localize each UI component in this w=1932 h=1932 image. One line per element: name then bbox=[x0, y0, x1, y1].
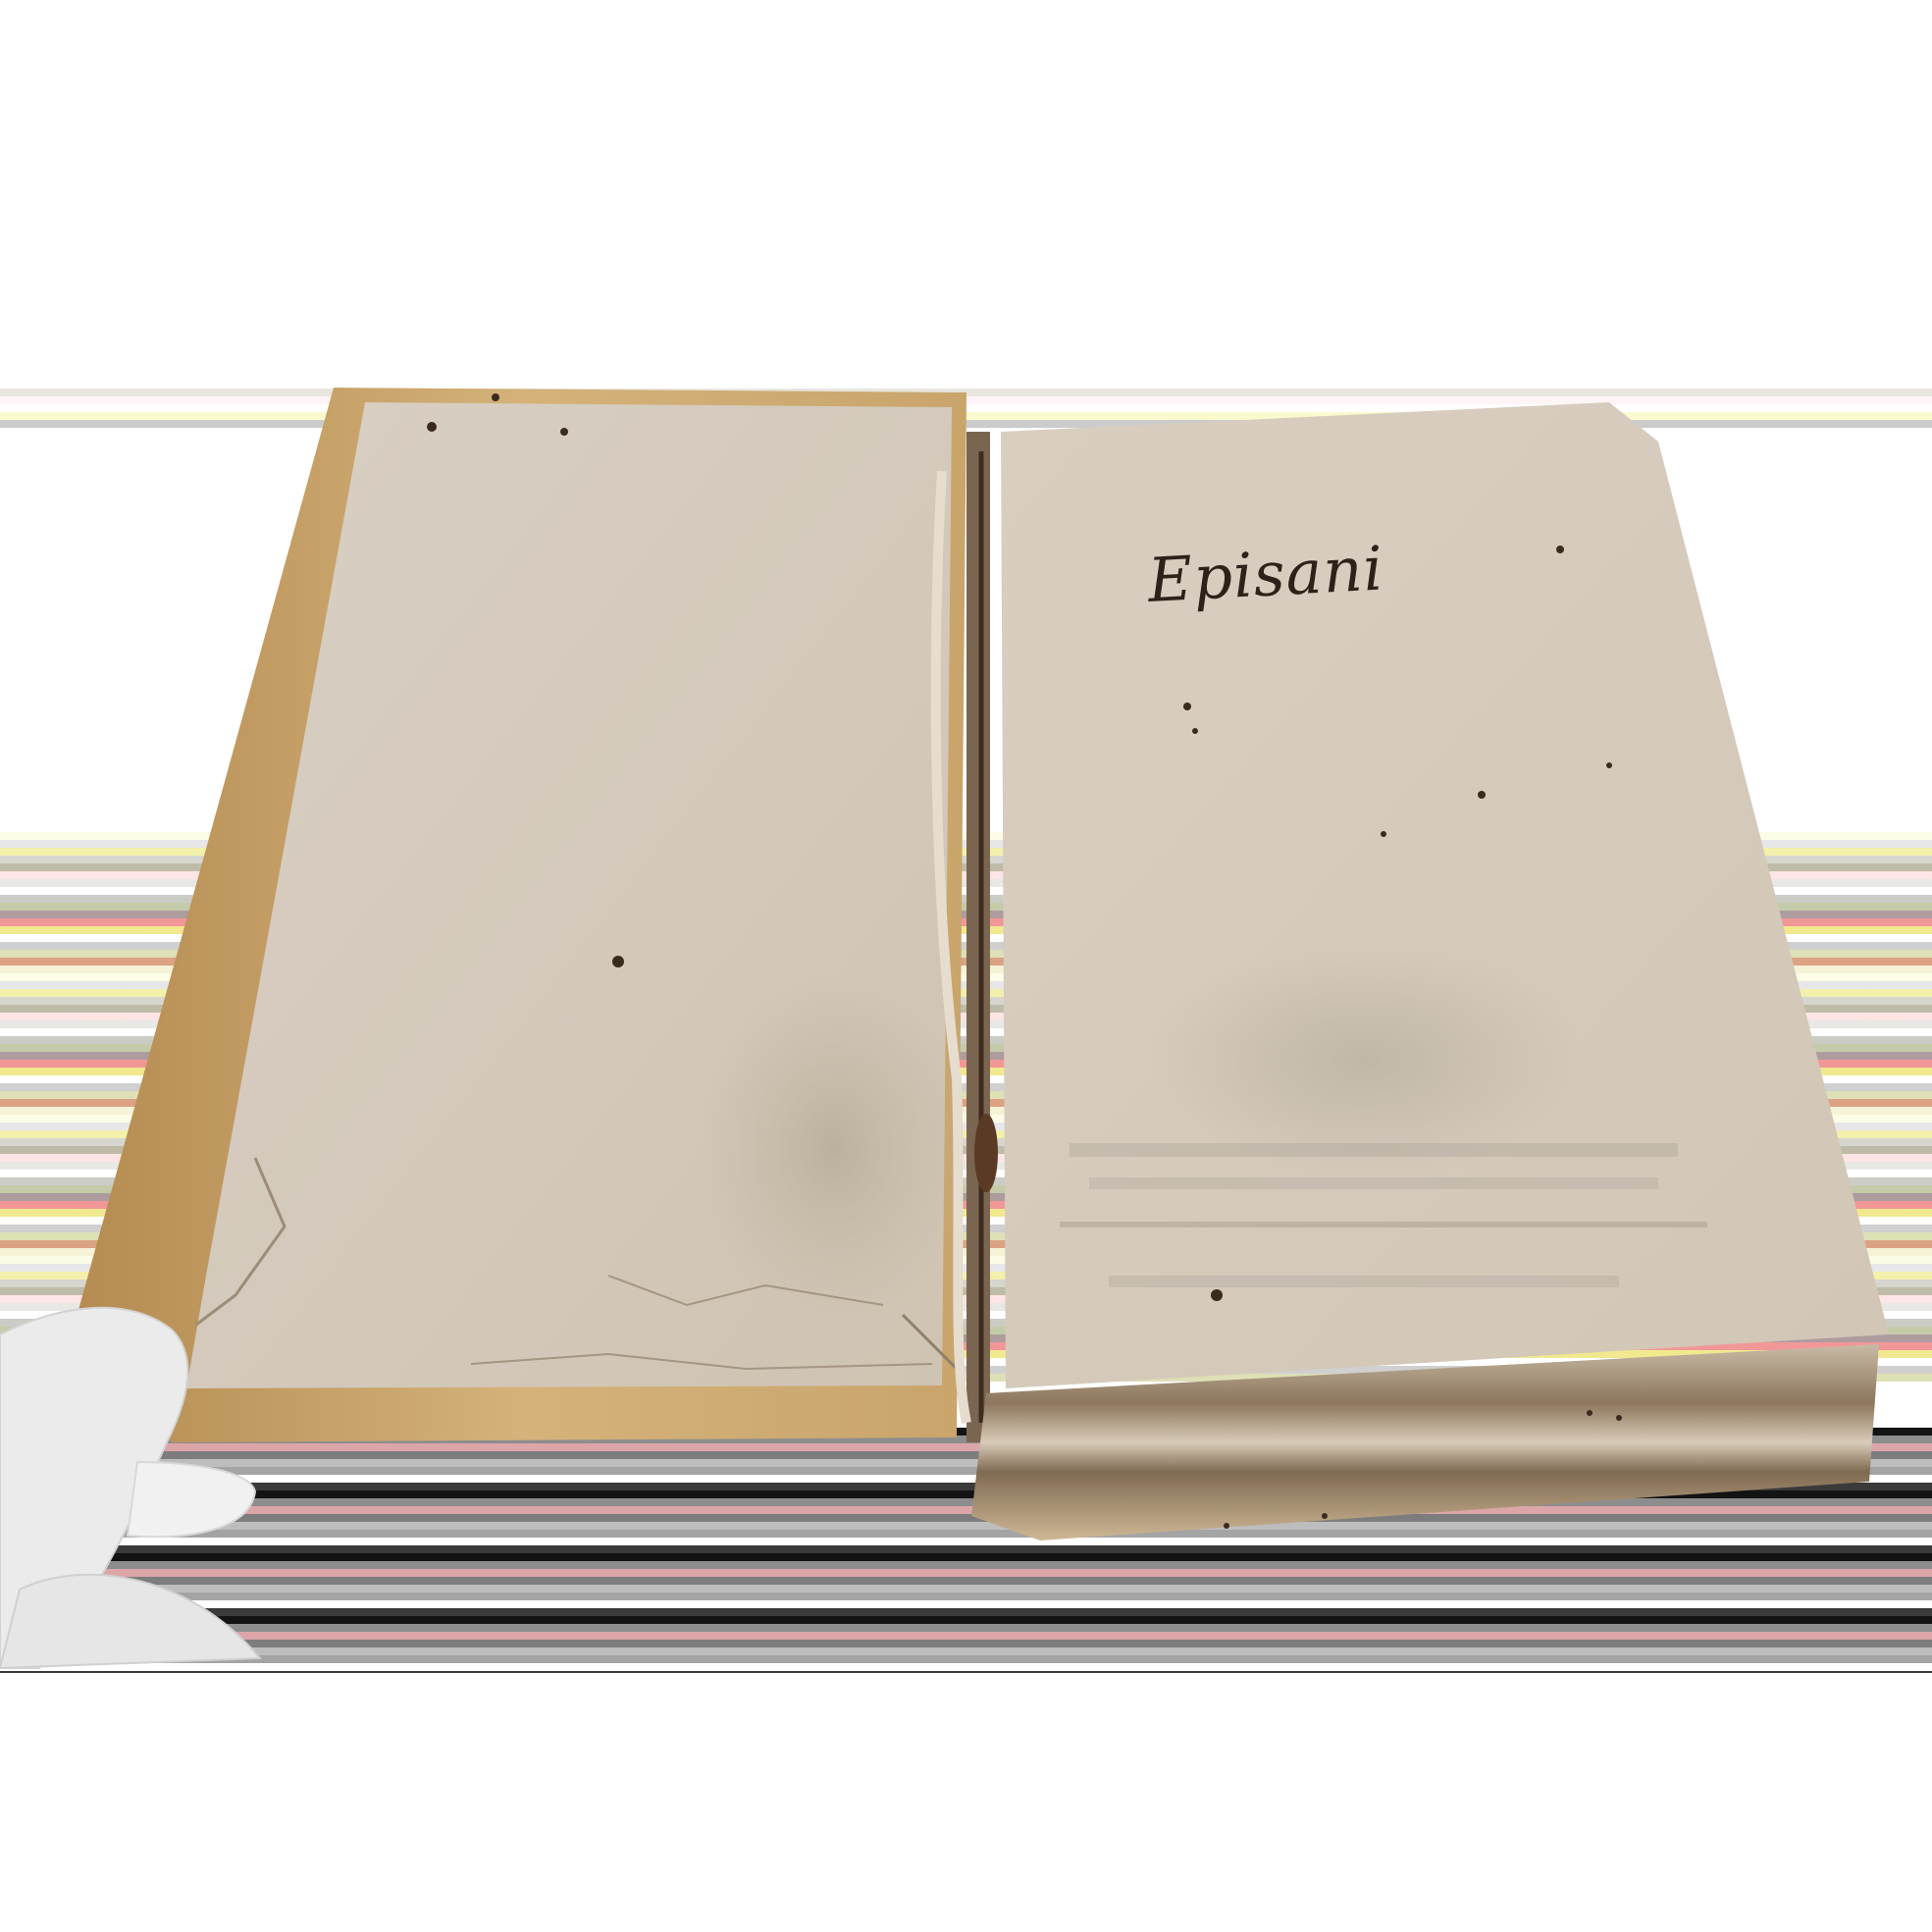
printed-show-through bbox=[1148, 942, 1580, 1177]
photo-scene: Episani bbox=[0, 0, 1932, 1932]
book-illustration bbox=[0, 0, 1932, 1932]
right-page bbox=[1001, 402, 1889, 1388]
handwritten-inscription: Episani bbox=[1146, 532, 1385, 615]
book-gutter bbox=[966, 432, 990, 1442]
open-book: Episani bbox=[0, 0, 1932, 1932]
page-stain bbox=[697, 971, 971, 1325]
